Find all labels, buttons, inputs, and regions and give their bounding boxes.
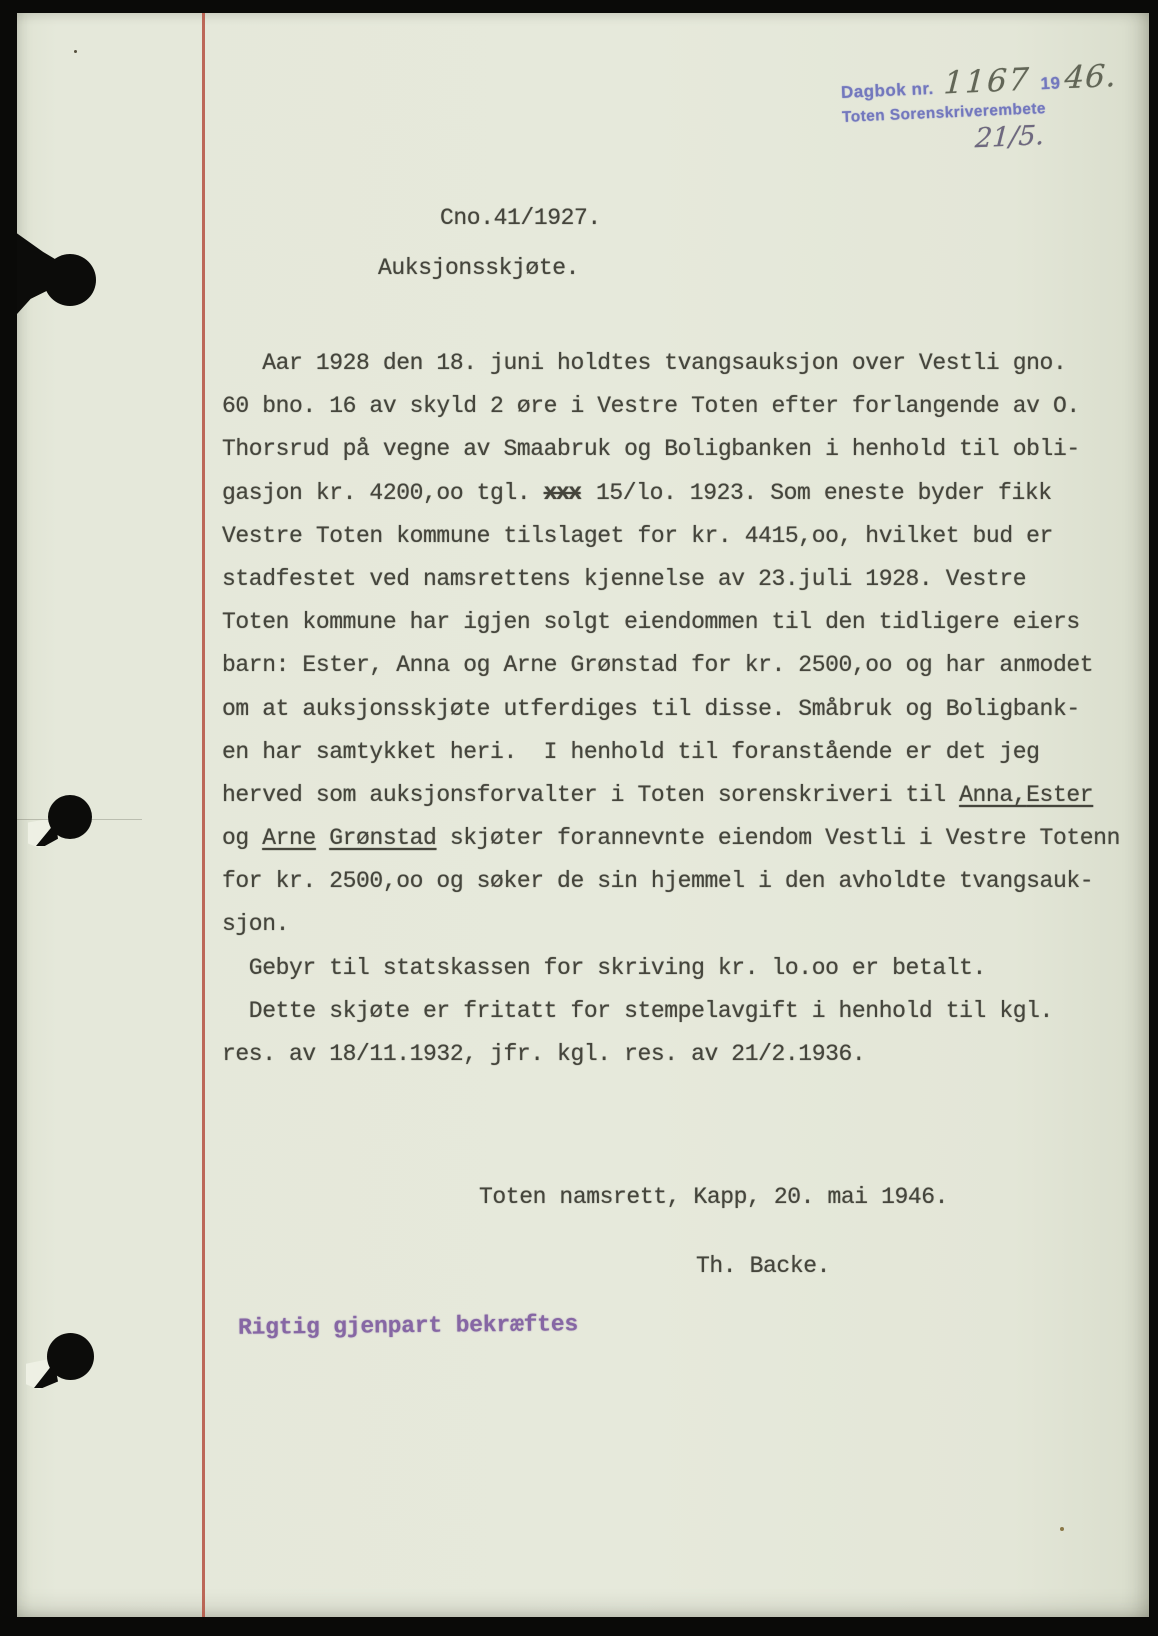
body-line: sjon. <box>222 903 1120 946</box>
body-line: og Arne Grønstad skjøter forannevnte eie… <box>222 817 1120 860</box>
body-line: om at auksjonsskjøte utferdiges til diss… <box>222 688 1120 731</box>
date-handwritten: 21/5. <box>974 120 1045 154</box>
body-line: herved som auksjonsforvalter i Toten sor… <box>222 774 1120 817</box>
body-line: gasjon kr. 4200,oo tgl. xxx 15/lo. 1923.… <box>222 472 1120 515</box>
typewritten-body: Aar 1928 den 18. juni holdtes tvangsauks… <box>222 342 1120 1076</box>
body-line: res. av 18/11.1932, jfr. kgl. res. av 21… <box>222 1033 1120 1076</box>
scanned-document-page: Dagbok nr. 1167 19 46. Toten Sorenskrive… <box>0 0 1158 1636</box>
certification-stamp: Rigtig gjenpart bekræftes <box>238 1311 578 1341</box>
punch-hole <box>47 1333 94 1380</box>
margin-line <box>202 13 205 1617</box>
body-line: 60 bno. 16 av skyld 2 øre i Vestre Toten… <box>222 385 1120 428</box>
body-line: barn: Ester, Anna og Arne Grønstad for k… <box>222 644 1120 687</box>
dagbok-label: Dagbok nr. <box>841 79 935 103</box>
punch-hole <box>44 254 96 306</box>
body-line: for kr. 2500,oo og søker de sin hjemmel … <box>222 860 1120 903</box>
year-prefix: 19 <box>1040 73 1061 94</box>
year-handwritten: 46. <box>1063 58 1117 96</box>
body-line: Vestre Toten kommune tilslaget for kr. 4… <box>222 515 1120 558</box>
dagbok-number-handwritten: 1167 <box>942 62 1031 102</box>
signature: Th. Backe. <box>696 1253 830 1279</box>
document-title: Auksjonsskjøte. <box>378 255 579 281</box>
dateline: Toten namsrett, Kapp, 20. mai 1946. <box>479 1184 948 1210</box>
body-line: en har samtykket heri. I henhold til for… <box>222 731 1120 774</box>
body-line: Thorsrud på vegne av Smaabruk og Boligba… <box>222 428 1120 471</box>
body-line: Gebyr til statskassen for skriving kr. l… <box>222 947 1120 990</box>
body-line: Toten kommune har igjen solgt eiendommen… <box>222 601 1120 644</box>
dust-speck <box>74 50 77 53</box>
case-number: Cno.41/1927. <box>440 205 601 231</box>
dust-speck <box>1060 1527 1064 1531</box>
body-line: stadfestet ved namsrettens kjennelse av … <box>222 558 1120 601</box>
body-line: Dette skjøte er fritatt for stempelavgif… <box>222 990 1120 1033</box>
body-line: Aar 1928 den 18. juni holdtes tvangsauks… <box>222 342 1120 385</box>
punch-hole <box>48 795 92 839</box>
registry-stamp: Dagbok nr. 1167 19 46. Toten Sorenskrive… <box>840 58 1120 160</box>
